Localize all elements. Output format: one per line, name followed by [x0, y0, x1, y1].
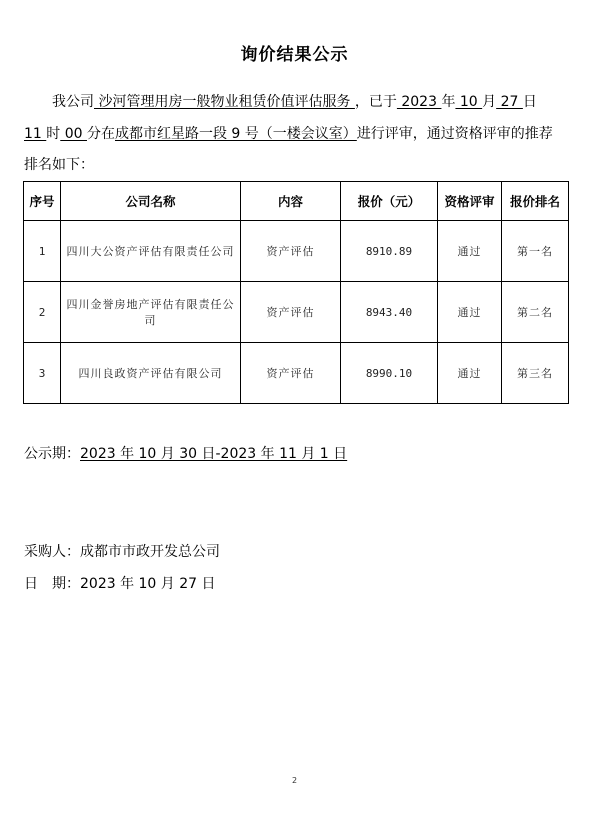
review-hour: 11: [24, 126, 46, 142]
review-minute: 00: [60, 126, 87, 142]
row-content: 资产评估: [241, 221, 341, 282]
publicity-label: 公示期：: [24, 446, 80, 462]
row-rank: 第三名: [502, 343, 569, 404]
row-rank: 第二名: [502, 282, 569, 343]
hour-unit: 时: [46, 126, 60, 142]
purchaser-label: 采购人：: [24, 544, 80, 560]
year-unit: 年: [441, 94, 455, 110]
intro-after-project: ，已于: [355, 94, 397, 110]
row-no: 3: [24, 343, 61, 404]
row-no: 2: [24, 282, 61, 343]
date-label: 日 期：: [24, 576, 80, 592]
table-row: 2 四川金誉房地产评估有限责任公司 资产评估 8943.40 通过 第二名: [24, 282, 569, 343]
review-day: 27: [496, 94, 523, 110]
intro-line-3: 排名如下：: [24, 155, 569, 175]
row-review: 通过: [438, 282, 502, 343]
project-name: 沙河管理用房一般物业租赁价值评估服务: [94, 94, 355, 110]
purchaser: 采购人：成都市市政开发总公司: [24, 542, 569, 562]
intro-line-2: 11 时 00 分在成都市红星路一段 9 号（一楼会议室）进行评审，通过资格评审…: [24, 124, 569, 144]
document-date: 日 期：2023 年 10 月 27 日: [24, 574, 569, 594]
row-content: 资产评估: [241, 282, 341, 343]
month-unit: 月: [482, 94, 496, 110]
header-price: 报价（元）: [341, 182, 438, 221]
intro-line-1: 我公司 沙河管理用房一般物业租赁价值评估服务 ，已于 2023 年 10 月 2…: [24, 92, 569, 112]
row-price: 8910.89: [341, 221, 438, 282]
date-value: 2023 年 10 月 27 日: [80, 576, 216, 592]
result-table: 序号 公司名称 内容 报价（元） 资格评审 报价排名 1 四川大公资产评估有限责…: [23, 181, 569, 404]
table-header-row: 序号 公司名称 内容 报价（元） 资格评审 报价排名: [24, 182, 569, 221]
review-location: 成都市红星路一段 9 号（一楼会议室）: [115, 126, 357, 142]
row-company: 四川大公资产评估有限责任公司: [61, 221, 241, 282]
row-no: 1: [24, 221, 61, 282]
row-company: 四川金誉房地产评估有限责任公司: [61, 282, 241, 343]
row-content: 资产评估: [241, 343, 341, 404]
row-review: 通过: [438, 221, 502, 282]
minute-unit: 分在: [87, 126, 115, 142]
day-unit: 日: [523, 94, 537, 110]
row-price: 8943.40: [341, 282, 438, 343]
intro-line-2-suffix: 进行评审，通过资格评审的推荐: [357, 126, 553, 142]
table-row: 1 四川大公资产评估有限责任公司 资产评估 8910.89 通过 第一名: [24, 221, 569, 282]
publicity-value: 2023 年 10 月 30 日-2023 年 11 月 1 日: [80, 446, 347, 462]
purchaser-value: 成都市市政开发总公司: [80, 544, 220, 560]
header-rank: 报价排名: [502, 182, 569, 221]
review-month: 10: [455, 94, 482, 110]
review-year: 2023: [397, 94, 442, 110]
document-title: 询价结果公示: [0, 40, 589, 65]
row-company: 四川良政资产评估有限公司: [61, 343, 241, 404]
publicity-period: 公示期：2023 年 10 月 30 日-2023 年 11 月 1 日: [24, 444, 569, 464]
intro-prefix: 我公司: [52, 94, 94, 110]
row-review: 通过: [438, 343, 502, 404]
header-company: 公司名称: [61, 182, 241, 221]
header-content: 内容: [241, 182, 341, 221]
table-row: 3 四川良政资产评估有限公司 资产评估 8990.10 通过 第三名: [24, 343, 569, 404]
header-review: 资格评审: [438, 182, 502, 221]
row-rank: 第一名: [502, 221, 569, 282]
row-price: 8990.10: [341, 343, 438, 404]
page-number: 2: [0, 776, 589, 785]
header-no: 序号: [24, 182, 61, 221]
